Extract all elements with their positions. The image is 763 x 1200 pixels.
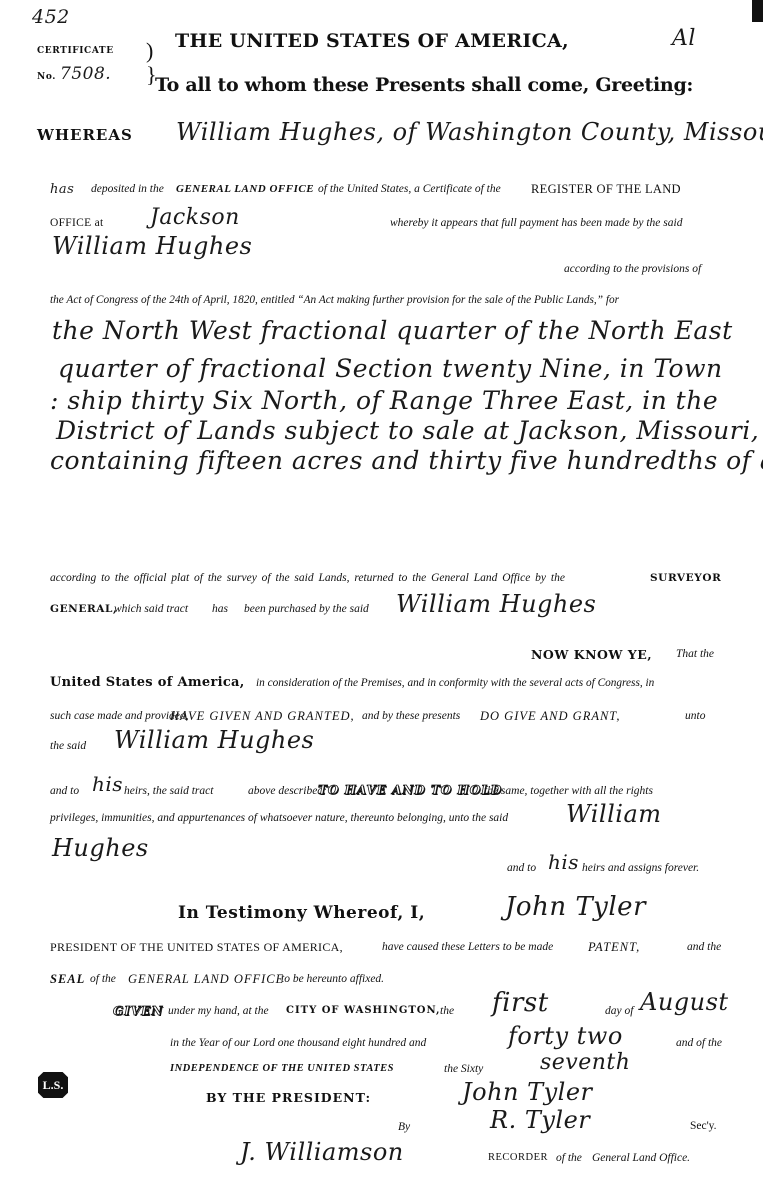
which-said-tract: which said tract (114, 603, 188, 615)
certificate-number: 7508. (60, 64, 111, 84)
seal-of-the: of the (90, 973, 116, 985)
by-the-president: BY THE PRESIDENT: (206, 1090, 371, 1105)
office-location: Jackson (150, 205, 240, 230)
grantee-name: William Hughes (114, 726, 314, 754)
affixed-text: to be hereunto affixed. (281, 973, 384, 985)
land-description-line-2: quarter of fractional Section twenty Nin… (58, 354, 723, 383)
office-at-label: OFFICE at (50, 217, 104, 229)
recorder-label: RECORDER (488, 1152, 548, 1163)
purchaser-name: William Hughes (396, 590, 596, 618)
city-label: CITY OF WASHINGTON, (286, 1005, 441, 1016)
have-given-text: HAVE GIVEN AND GRANTED, (170, 709, 355, 724)
register-label: REGISTER OF THE LAND (531, 182, 681, 197)
now-know-ye: NOW KNOW YE, (531, 647, 652, 662)
do-give-text: DO GIVE AND GRANT, (480, 709, 620, 724)
forever-his: his (548, 850, 579, 874)
certificate-no-label: No. (37, 72, 56, 82)
his-handwritten: his (92, 772, 123, 796)
glo-label: GENERAL LAND OFFICE (176, 183, 314, 195)
whereas-name: William Hughes, of Washington County, Mi… (176, 118, 763, 146)
unto-text: unto (685, 710, 705, 722)
document-title: THE UNITED STATES OF AMERICA, (175, 30, 569, 52)
deposited-text: deposited in the (91, 183, 164, 195)
act-line: the Act of Congress of the 24th of April… (50, 294, 619, 306)
same-together-text: the same, together with all the rights (484, 785, 653, 797)
forever-and-to: and to (507, 862, 536, 874)
consideration-text: in consideration of the Premises, and in… (256, 677, 654, 689)
by-text: By (398, 1121, 410, 1133)
general-label: GENERAL, (50, 603, 117, 615)
payer-name: William Hughes (52, 232, 252, 260)
above-described-text: above described: (248, 785, 327, 797)
such-case-text: such case made and provided, (50, 710, 189, 722)
land-description-line-3: : ship thirty Six North, of Range Three … (50, 386, 718, 415)
whereas-label: WHEREAS (37, 126, 133, 144)
surveyor-label: SURVEYOR (650, 572, 721, 584)
page-number: 452 (32, 6, 70, 28)
and-to-text: and to (50, 785, 79, 797)
the-text: the (440, 1005, 454, 1017)
land-description-line-4: District of Lands subject to sale at Jac… (56, 416, 759, 445)
whereby-text: whereby it appears that full payment has… (390, 217, 682, 229)
day-of-text: day of (605, 1005, 633, 1017)
scan-edge-mark (752, 0, 763, 22)
seal-ls: L.S. (38, 1072, 68, 1098)
and-of-the-text: and of the (676, 1037, 722, 1049)
under-hand-text: under my hand, at the (168, 1005, 269, 1017)
has-handwritten: has (50, 182, 74, 197)
land-description-line-5: containing fifteen acres and thirty five… (50, 446, 763, 475)
to-have-and-to-hold: TO HAVE AND TO HOLD (318, 783, 502, 797)
recorder-glo: General Land Office. (592, 1152, 690, 1164)
and-the-text: and the (687, 941, 721, 953)
president-signature-2: John Tyler (462, 1078, 593, 1106)
corner-initials: Al (672, 26, 696, 51)
land-description-line-1: the North West fractional quarter of the… (52, 316, 733, 345)
certificate-label: CERTIFICATE (37, 46, 114, 56)
heirs-assigns-forever: heirs and assigns forever. (582, 862, 699, 874)
president-signature-1: John Tyler (505, 892, 646, 922)
seal-label: SEAL (50, 972, 85, 987)
caused-text: have caused these Letters to be made (382, 941, 553, 953)
testimony-heading: In Testimony Whereof, I, (178, 903, 425, 923)
month-value: August (640, 988, 729, 1016)
the-said-text: the said (50, 740, 86, 752)
by-these-text: and by these presents (362, 710, 460, 722)
given-label: GIVEN (113, 1004, 163, 1018)
greeting: To all to whom these Presents shall come… (155, 74, 693, 96)
recorder-signature: J. Williamson (240, 1138, 404, 1166)
that-the-text: That the (676, 648, 714, 660)
secretary-signature: R. Tyler (490, 1106, 590, 1134)
glo-italic: GENERAL LAND OFFICE (128, 972, 284, 987)
usa-bold: United States of America, (50, 675, 245, 690)
year-value: forty two (508, 1022, 623, 1050)
has-text: has (212, 603, 228, 615)
independence-value: seventh (540, 1050, 630, 1075)
plat-text: according to the official plat of the su… (50, 572, 565, 584)
of-us-text: of the United States, a Certificate of t… (318, 183, 501, 195)
day-value: first (492, 988, 549, 1018)
grantee-last-name: Hughes (52, 834, 149, 862)
brace-1: ) (146, 40, 153, 62)
secy-text: Sec'y. (690, 1120, 717, 1132)
patent-text: PATENT, (588, 940, 640, 955)
privileges-text: privileges, immunities, and appurtenance… (50, 812, 508, 824)
the-sixty-text: the Sixty (444, 1063, 483, 1075)
independence-label: INDEPENDENCE OF THE UNITED STATES (170, 1063, 394, 1074)
purchased-text: been purchased by the said (244, 603, 369, 615)
provisions-text: according to the provisions of (564, 263, 701, 275)
president-line: PRESIDENT OF THE UNITED STATES OF AMERIC… (50, 940, 343, 955)
recorder-of-the: of the (556, 1152, 582, 1164)
grantee-first-name: William (566, 800, 662, 828)
year-text: in the Year of our Lord one thousand eig… (170, 1037, 426, 1049)
heirs-tract-text: heirs, the said tract (124, 785, 213, 797)
